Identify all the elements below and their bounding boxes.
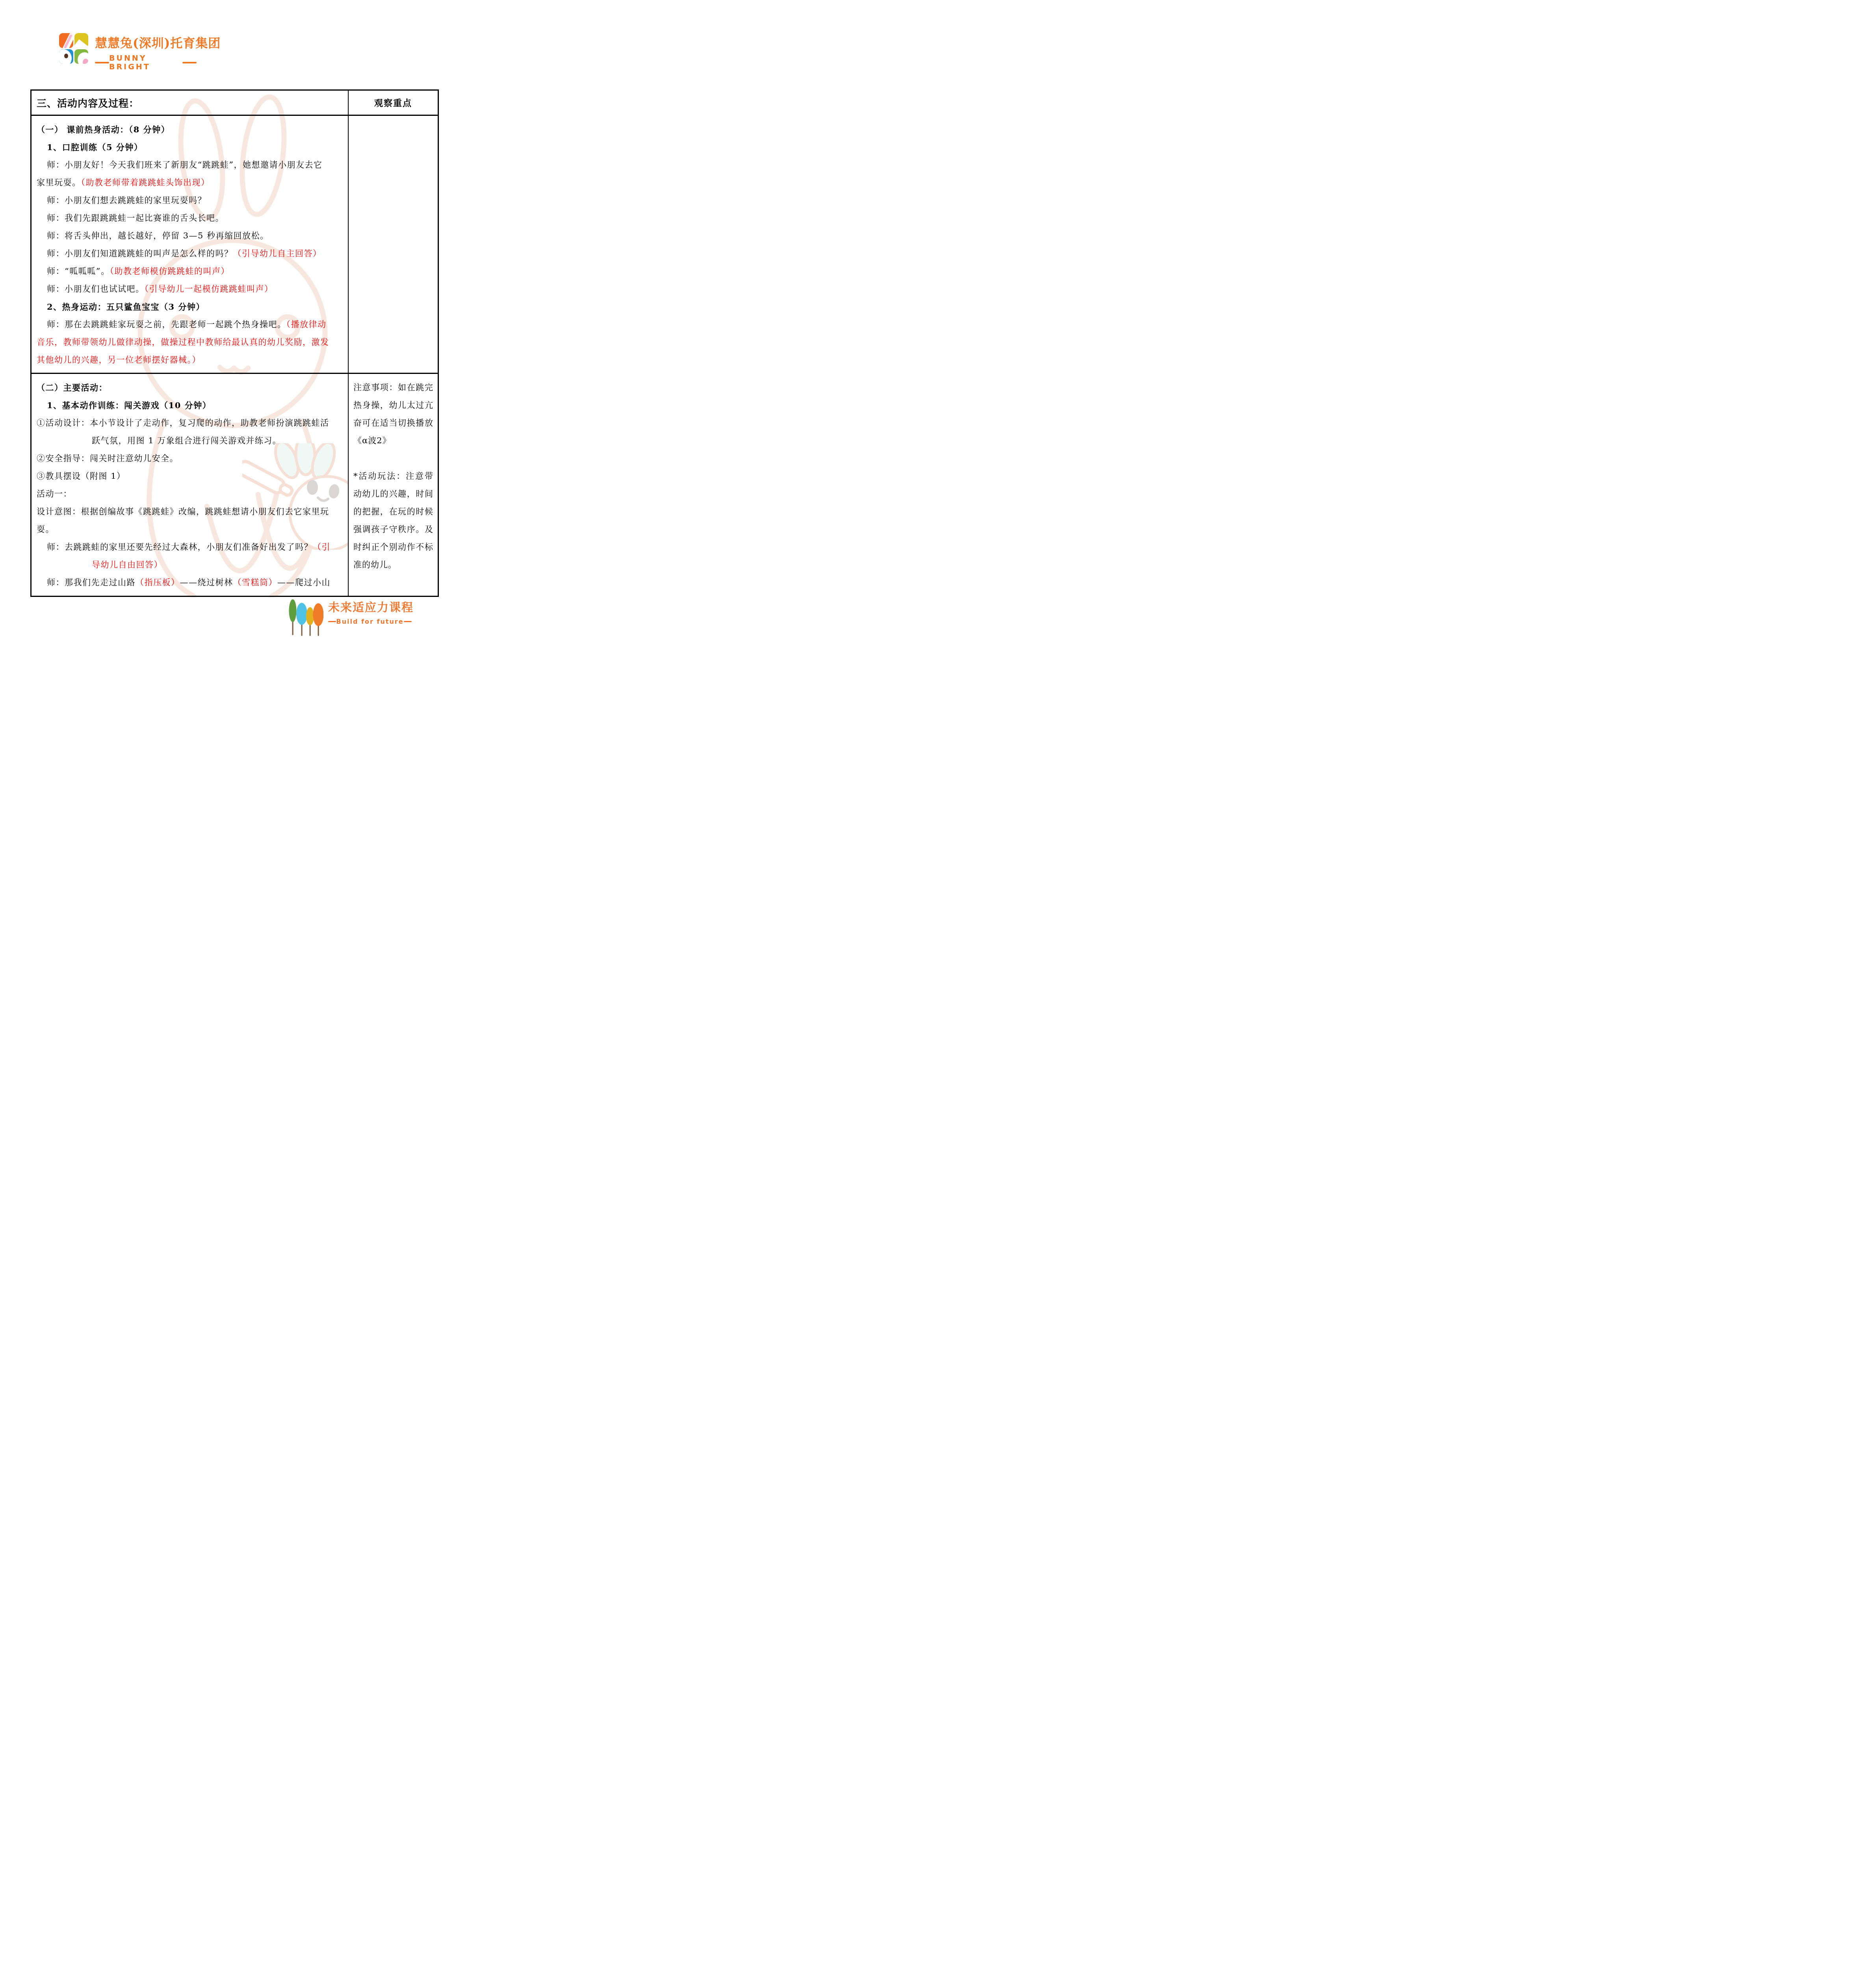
text-line: ①活动设计：本小节设计了走动作，复习爬的动作，助教老师扮演跳跳蛙活 xyxy=(37,414,345,432)
text-segment-body: 设计意图：根据创编故事《跳跳蛙》改编，跳跳蛙想请小朋友们去它家里玩 xyxy=(37,507,329,516)
brand-name-english: BUNNY BRIGHT xyxy=(95,54,197,71)
footer-slogan: Build for future xyxy=(328,618,412,625)
brand-name-chinese: 慧慧兔(深圳)托育集团 xyxy=(95,33,221,51)
section-title: 三、活动内容及过程： xyxy=(37,96,139,110)
text-segment-body: 家里玩耍。 xyxy=(37,178,81,187)
text-line: 设计意图：根据创编故事《跳跳蛙》改编，跳跳蛙想请小朋友们去它家里玩 xyxy=(37,503,345,520)
text-line: ②安全指导：闯关时注意幼儿安全。 xyxy=(37,450,345,467)
text-segment-body: 1、基本动作训练：闯关游戏（10 分钟） xyxy=(47,400,211,410)
logo-tile-yellow-icon xyxy=(74,33,89,48)
text-line: ③教具摆设（附图 1） xyxy=(37,467,345,485)
footer-course-name: 未来适应力课程 xyxy=(328,599,414,615)
text-segment-body: 师：那我们先走过山路 xyxy=(47,578,136,587)
text-segment-body: 师：去跳跳蛙的家里还要先经过大森林，小朋友们准备好出发了吗？ xyxy=(47,542,313,552)
text-segment-annotation: 其他幼儿的兴趣，另一位老师摆好器械。） xyxy=(37,355,201,364)
text-segment-annotation: （助教老师模仿跳跳蛙的叫声） xyxy=(110,266,230,276)
text-segment-annotation: （指压板） xyxy=(136,578,180,587)
text-segment-annotation: （引导幼儿一起模仿跳跳蛙叫声） xyxy=(145,284,273,294)
text-segment-body: 活动一： xyxy=(37,489,72,498)
text-segment-body: 师：“呱呱呱”。 xyxy=(47,266,110,276)
text-segment-body: ——爬过小山 xyxy=(277,578,331,587)
footer-logo: 未来适应力课程 Build for future xyxy=(289,599,414,636)
text-segment-annotation: （播放律动 xyxy=(286,320,327,329)
text-segment-body: 2、热身运动：五只鲨鱼宝宝（3 分钟） xyxy=(47,302,205,312)
text-segment-annotation: （雪糕筒） xyxy=(233,578,278,587)
text-segment-body: 师：小朋友们知道跳跳蛙的叫声是怎么样的吗？ xyxy=(47,249,233,258)
text-line: 师：将舌头伸出，越长越好，停留 3—5 秒再缩回放松。 xyxy=(37,227,345,245)
text-segment-body: 师：那在去跳跳蛙家玩耍之前，先跟老师一起跳个热身操吧。 xyxy=(47,320,286,329)
text-line: 其他幼儿的兴趣，另一位老师摆好器械。） xyxy=(37,351,345,369)
text-segment-body: ③教具摆设（附图 1） xyxy=(37,471,126,481)
section1-content-cell: （一） 课前热身活动：（8 分钟）1、口腔训练（5 分钟）师：小朋友好！今天我们… xyxy=(32,115,348,373)
text-segment-body: 师：将舌头伸出，越长越好，停留 3—5 秒再缩回放松。 xyxy=(47,231,269,240)
lesson-plan-table: 三、活动内容及过程： 观察重点 （一） 课前热身活动：（8 分钟）1、口腔训练（… xyxy=(30,89,439,597)
table-header-observation-focus: 观察重点 xyxy=(348,91,438,115)
brand-logo: 慧慧兔(深圳)托育集团 BUNNY BRIGHT xyxy=(59,33,221,71)
text-segment-body: （二）主要活动： xyxy=(37,383,108,392)
table-header-activity-process: 三、活动内容及过程： xyxy=(32,91,348,115)
text-line: 音乐，教师带领幼儿做律动操，做操过程中教师给最认真的幼儿奖励，激发 xyxy=(37,333,345,351)
text-line: （二）主要活动： xyxy=(37,379,345,396)
text-line: 耍。 xyxy=(37,520,345,538)
text-line: 师：小朋友好！今天我们班来了新朋友“跳跳蛙”，她想邀请小朋友去它 xyxy=(37,156,345,174)
observation-note: 注意事项：如在跳完热身操，幼儿太过亢奋可在适当切换播放《α波2》 xyxy=(353,379,433,450)
text-segment-annotation: （引 xyxy=(313,542,331,552)
brand-name-english-label: BUNNY BRIGHT xyxy=(109,54,182,71)
logo-tile-green-paw-icon xyxy=(74,49,89,64)
text-segment-annotation: 音乐，教师带领幼儿做律动操，做操过程中教师给最认真的幼儿奖励，激发 xyxy=(37,337,329,347)
text-segment-body: 师：我们先跟跳跳蛙一起比赛谁的舌头长吧。 xyxy=(47,213,224,223)
text-line: 师：那我们先走过山路（指压板）——绕过树林（雪糕筒）——爬过小山 xyxy=(37,574,345,591)
footer-text: 未来适应力课程 Build for future xyxy=(328,599,414,625)
text-line: 师：我们先跟跳跳蛙一起比赛谁的舌头长吧。 xyxy=(37,209,345,227)
text-segment-body: ①活动设计：本小节设计了走动作，复习爬的动作，助教老师扮演跳跳蛙活 xyxy=(37,418,329,427)
dash-decoration xyxy=(404,621,412,622)
text-segment-body: 师：小朋友好！今天我们班来了新朋友“跳跳蛙”，她想邀请小朋友去它 xyxy=(47,160,322,169)
text-line: 师：去跳跳蛙的家里还要先经过大森林，小朋友们准备好出发了吗？（引 xyxy=(37,538,345,556)
text-segment-annotation: 导幼儿自由回答） xyxy=(92,560,163,569)
logo-tile-blue-face-icon xyxy=(59,49,73,64)
section2-content-cell: （二）主要活动：1、基本动作训练：闯关游戏（10 分钟）①活动设计：本小节设计了… xyxy=(32,373,348,596)
text-line: 师：那在去跳跳蛙家玩耍之前，先跟老师一起跳个热身操吧。（播放律动 xyxy=(37,316,345,333)
text-segment-body: 师：小朋友们也试试吧。 xyxy=(47,284,145,294)
text-line: 2、热身运动：五只鲨鱼宝宝（3 分钟） xyxy=(37,298,345,316)
logo-tile-orange-ear-icon xyxy=(59,33,73,48)
dash-decoration xyxy=(95,62,109,63)
footer-slogan-label: Build for future xyxy=(336,618,403,625)
text-line: 活动一： xyxy=(37,485,345,503)
text-line: 师：小朋友们也试试吧。（引导幼儿一起模仿跳跳蛙叫声） xyxy=(37,280,345,298)
text-line: 家里玩耍。（助教老师带着跳跳蛙头饰出现） xyxy=(37,174,345,191)
text-line: 师：小朋友们想去跳跳蛙的家里玩耍吗？ xyxy=(37,191,345,209)
text-segment-body: 师：小朋友们想去跳跳蛙的家里玩耍吗？ xyxy=(47,195,206,205)
dash-decoration xyxy=(328,621,336,622)
bunny-bright-logo-icon xyxy=(59,33,88,64)
text-segment-annotation: （引导幼儿自主回答） xyxy=(233,249,322,258)
section1-observation-cell xyxy=(348,115,438,373)
text-segment-body: 1、口腔训练（5 分钟） xyxy=(47,142,143,152)
document-page: 慧慧兔(深圳)托育集团 BUNNY BRIGHT 三、活动内容及过程： 观察重点… xyxy=(0,0,469,663)
text-segment-body: （一） 课前热身活动：（8 分钟） xyxy=(37,125,170,134)
brand-text: 慧慧兔(深圳)托育集团 BUNNY BRIGHT xyxy=(95,33,221,71)
text-line: 跃气氛，用图 1 万象组合进行闯关游戏并练习。 xyxy=(37,432,345,450)
section2-observation-cell: 注意事项：如在跳完热身操，幼儿太过亢奋可在适当切换播放《α波2》 *活动玩法：注… xyxy=(348,373,438,596)
text-segment-body: ②安全指导：闯关时注意幼儿安全。 xyxy=(37,453,178,463)
text-segment-body: 耍。 xyxy=(37,524,54,534)
text-line: 1、基本动作训练：闯关游戏（10 分钟） xyxy=(37,396,345,414)
observation-note: *活动玩法：注意带动幼儿的兴趣，时间的把握，在玩的时候强调孩子守秩序。及时纠正个… xyxy=(353,467,433,574)
text-line: 师：小朋友们知道跳跳蛙的叫声是怎么样的吗？（引导幼儿自主回答） xyxy=(37,245,345,262)
text-line: 师：“呱呱呱”。（助教老师模仿跳跳蛙的叫声） xyxy=(37,262,345,280)
dash-decoration xyxy=(182,62,197,63)
text-line: 1、口腔训练（5 分钟） xyxy=(37,138,345,156)
text-line: 导幼儿自由回答） xyxy=(37,556,345,574)
four-trees-icon xyxy=(289,599,323,636)
observation-focus-title: 观察重点 xyxy=(374,97,412,109)
text-segment-body: 跃气氛，用图 1 万象组合进行闯关游戏并练习。 xyxy=(92,436,281,445)
text-segment-body: ——绕过树林 xyxy=(180,578,233,587)
text-line: （一） 课前热身活动：（8 分钟） xyxy=(37,121,345,138)
text-segment-annotation: （助教老师带着跳跳蛙头饰出现） xyxy=(81,178,210,187)
